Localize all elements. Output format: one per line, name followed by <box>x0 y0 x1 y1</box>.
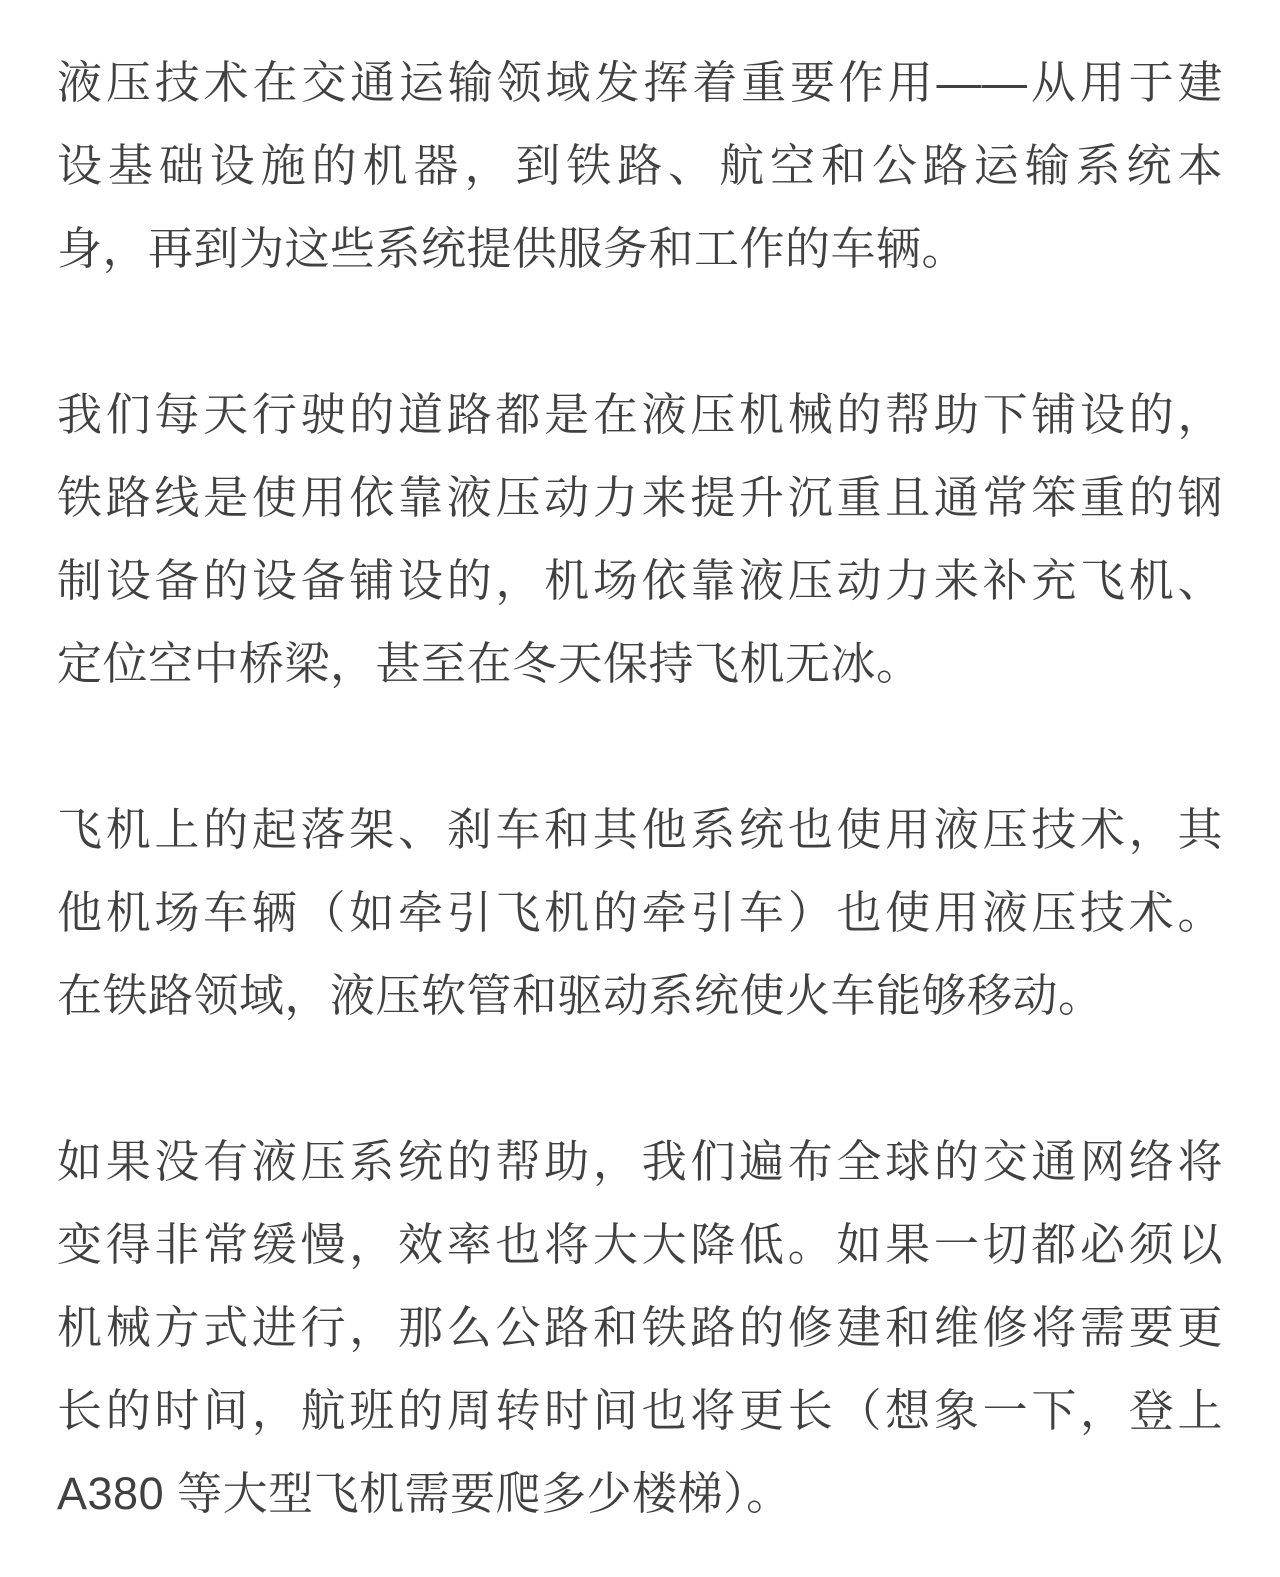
article: 液压技术在交通运输领域发挥着重要作用——从用于建设基础设施的机器，到铁路、航空和… <box>57 41 1223 1535</box>
paragraph: 液压技术在交通运输领域发挥着重要作用——从用于建设基础设施的机器，到铁路、航空和… <box>57 41 1223 290</box>
paragraph: 飞机上的起落架、刹车和其他系统也使用液压技术，其他机场车辆（如牵引飞机的牵引车）… <box>57 788 1223 1037</box>
text-line: 液压技术在交通运输领域发挥着重要作用——从用于建 <box>57 41 1223 124</box>
text-line: 长的时间，航班的周转时间也将更长（想象一下，登上 <box>57 1369 1223 1452</box>
text-line: 身，再到为这些系统提供服务和工作的车辆。 <box>57 207 1223 290</box>
text-line: A380 等大型飞机需要爬多少楼梯）。 <box>57 1452 1223 1535</box>
paragraph: 我们每天行驶的道路都是在液压机械的帮助下铺设的，铁路线是使用依靠液压动力来提升沉… <box>57 373 1223 705</box>
text-line: 机械方式进行，那么公路和铁路的修建和维修将需要更 <box>57 1286 1223 1369</box>
text-line: 在铁路领域，液压软管和驱动系统使火车能够移动。 <box>57 954 1223 1037</box>
text-line: 如果没有液压系统的帮助，我们遍布全球的交通网络将 <box>57 1120 1223 1203</box>
text-line: 变得非常缓慢，效率也将大大降低。如果一切都必须以 <box>57 1203 1223 1286</box>
document-page: 液压技术在交通运输领域发挥着重要作用——从用于建设基础设施的机器，到铁路、航空和… <box>0 0 1280 1577</box>
text-line: 定位空中桥梁，甚至在冬天保持飞机无冰。 <box>57 622 1223 705</box>
paragraph: 如果没有液压系统的帮助，我们遍布全球的交通网络将变得非常缓慢，效率也将大大降低。… <box>57 1120 1223 1535</box>
text-line: 制设备的设备铺设的，机场依靠液压动力来补充飞机、 <box>57 539 1223 622</box>
text-line: 铁路线是使用依靠液压动力来提升沉重且通常笨重的钢 <box>57 456 1223 539</box>
text-line: 他机场车辆（如牵引飞机的牵引车）也使用液压技术。 <box>57 871 1223 954</box>
text-line: 飞机上的起落架、刹车和其他系统也使用液压技术，其 <box>57 788 1223 871</box>
text-line: 我们每天行驶的道路都是在液压机械的帮助下铺设的， <box>57 373 1223 456</box>
text-line: 设基础设施的机器，到铁路、航空和公路运输系统本 <box>57 124 1223 207</box>
